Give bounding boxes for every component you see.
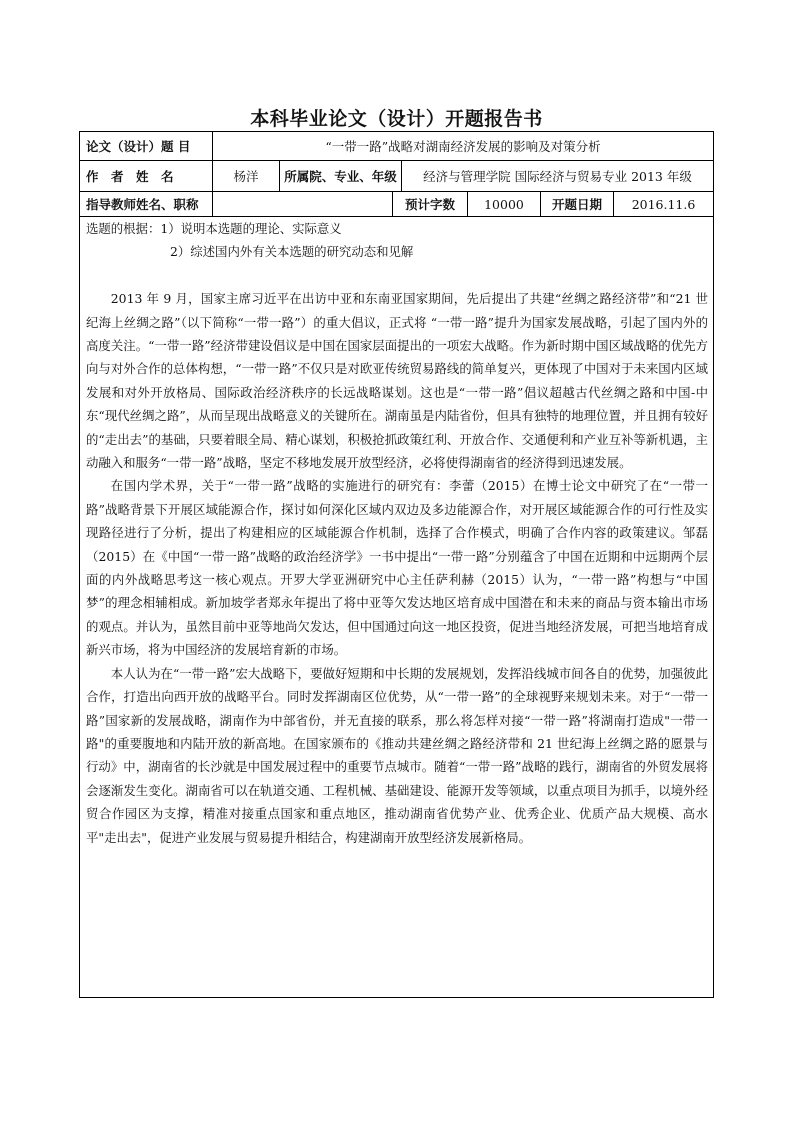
body-paragraph: 本人认为在“一带一路”宏大战略下，要做好短期和中长期的发展规划，发挥沿线城市间各… [86,662,708,849]
section-prompt-1: 选题的根据：1）说明本选题的理论、实际意义 [86,217,708,240]
proposal-date-label: 开题日期 [541,192,613,216]
thesis-title-label: 论文（设计）题 目 [86,131,212,160]
section-prompt-2: 2）综述国内外有关本选题的研究动态和见解 [86,240,708,263]
body-paragraph: 2013 年 9 月，国家主席习近平在出访中亚和东南亚国家期间，先后提出了共建“… [86,287,708,474]
affiliation-label: 所属院、专业、年级 [280,161,401,191]
affiliation-value: 经济与管理学院 国际经济与贸易专业 2013 年级 [402,161,713,191]
blank-line [86,264,708,287]
document-title: 本科毕业论文（设计）开题报告书 [0,104,793,131]
proposal-body: 选题的根据：1）说明本选题的理论、实际意义 2）综述国内外有关本选题的研究动态和… [86,217,708,849]
word-count-value: 10000 [468,192,540,216]
thesis-title-value: “一带一路”战略对湖南经济发展的影响及对策分析 [213,131,713,160]
advisor-value [213,192,392,216]
word-count-label: 预计字数 [393,192,467,216]
author-name-value: 杨洋 [213,161,279,191]
author-name-label: 作 者 姓 名 [86,161,212,191]
advisor-label: 指导教师姓名、职称 [86,192,212,216]
body-paragraph: 在国内学术界，关于“一带一路”战略的实施进行的研究有：李蕾（2015）在博士论文… [86,474,708,661]
proposal-date-value: 2016.11.6 [614,192,713,216]
